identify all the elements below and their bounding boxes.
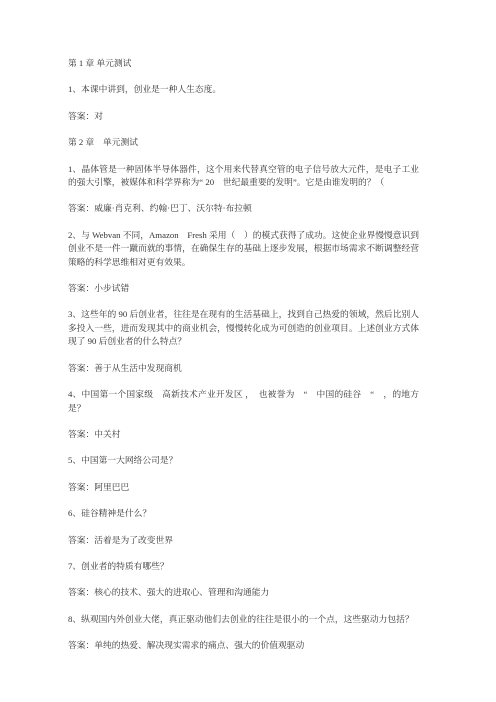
chapter-2-question-4: 4、中国第一个国家级 高新技术产业开发区 ， 也被誉为 “ 中国的硅谷 “ ，的… <box>68 388 419 415</box>
chapter-2-question-5: 5、中国第一大网络公司是？ <box>68 454 419 467</box>
chapter-2-heading: 第 2 章 单元测试 <box>68 136 419 149</box>
chapter-2-answer-3: 答案：善于从生活中发现商机 <box>68 362 419 375</box>
chapter-2-question-7: 7、创业者的特质有哪些？ <box>68 560 419 573</box>
chapter-2-question-8: 8、纵观国内外创业大佬，真正驱动他们去创业的往往是很小的一个点，这些驱动力包括？ <box>68 613 419 626</box>
document-page: 第 1 章 单元测试 1、本课中讲到，创业是一种人生态度。 答案：对 第 2 章… <box>0 0 496 702</box>
chapter-2-answer-4: 答案：中关村 <box>68 428 419 441</box>
chapter-2-answer-2: 答案：小步试错 <box>68 282 419 295</box>
chapter-2-question-1: 1、晶体管是一种固体半导体器件，这个用来代替真空管的电子信号放大元件，是电子工业… <box>68 163 419 190</box>
chapter-2-question-2: 2、与 Webvan 不同，Amazon Fresh 采用（ ）的模式获得了成功… <box>68 229 419 269</box>
chapter-2-answer-8: 答案：单纯的热爱、解决现实需求的痛点、强大的价值观驱动 <box>68 639 419 652</box>
chapter-1-question-1: 1、本课中讲到，创业是一种人生态度。 <box>68 83 419 96</box>
chapter-2-answer-7: 答案：核心的技术、强大的进取心、管理和沟通能力 <box>68 586 419 599</box>
chapter-2-answer-1: 答案：威廉·肖克利、约翰·巴丁、沃尔特·布拉顿 <box>68 202 419 215</box>
chapter-2-question-3: 3、这些年的 90 后创业者，往往是在现有的生活基础上，找到自己热爱的领域，然后… <box>68 308 419 348</box>
chapter-2-question-6: 6、硅谷精神是什么？ <box>68 507 419 520</box>
chapter-1-answer-1: 答案：对 <box>68 110 419 123</box>
chapter-2-answer-6: 答案：活着是为了改变世界 <box>68 534 419 547</box>
chapter-2-answer-5: 答案：阿里巴巴 <box>68 481 419 494</box>
chapter-1-heading: 第 1 章 单元测试 <box>68 57 419 70</box>
